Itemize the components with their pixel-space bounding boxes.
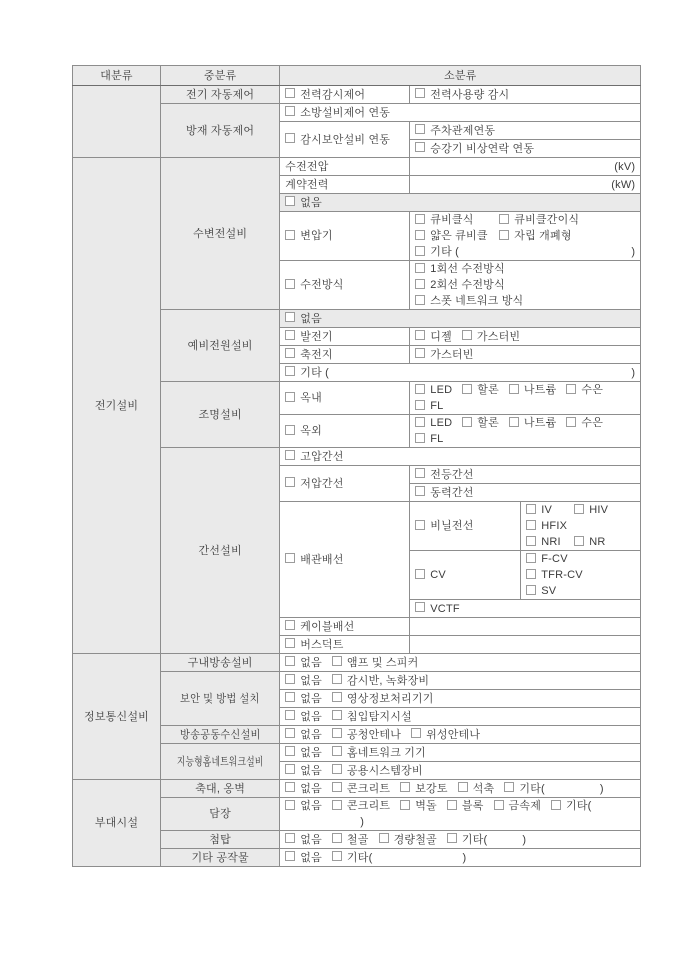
cell-retaining-options: 없음콘크리트보강토석축기타() — [280, 780, 641, 798]
option-label: TFR-CV — [541, 569, 583, 581]
label-substation: 수변전설비 — [161, 158, 280, 310]
option-label: 콘크리트 — [347, 800, 390, 812]
option-label: FL — [430, 400, 443, 412]
label-spire: 첨탑 — [161, 831, 280, 849]
option-label: 수은 — [581, 384, 603, 396]
checkbox-icon[interactable] — [332, 728, 342, 738]
checkbox-icon[interactable] — [566, 417, 576, 427]
cell-parking-control-link: 주차관제연동 — [410, 122, 641, 140]
paren-close: ) — [631, 365, 635, 381]
option-label: 없음 — [300, 747, 322, 759]
cell-security-row1: 없음감시반, 녹화장비 — [280, 672, 641, 690]
checkbox-option: 자립 개폐형 — [499, 228, 571, 244]
cv-type-list: F-CVTFR-CVSV — [526, 551, 635, 599]
checkbox-option: HFIX — [526, 518, 567, 534]
checkbox-option: VCTF — [415, 601, 460, 617]
option-label: 석축 — [473, 783, 495, 795]
checkbox-icon[interactable] — [285, 638, 295, 648]
checkbox-option: 스폿 네트워크 방식 — [415, 293, 635, 309]
cell-power-monitoring-control: 전력감시제어 — [280, 86, 410, 104]
checkbox-icon[interactable] — [332, 692, 342, 702]
label-contract-power: 계약전력 — [280, 176, 410, 194]
label-security-install: 보안 및 방법 설치 — [161, 672, 280, 726]
checkbox-icon[interactable] — [447, 833, 457, 843]
checkbox-option: 1회선 수전방식 — [415, 261, 635, 277]
checkbox-option: 전등간선 — [415, 467, 473, 483]
checkbox-icon[interactable] — [458, 782, 468, 792]
option-label: 없음 — [300, 675, 322, 687]
option-label: NRI — [541, 536, 561, 548]
label-lighting: 조명설비 — [161, 382, 280, 448]
checkbox-icon[interactable] — [526, 569, 536, 579]
label-disaster-automation: 방재 자동제어 — [161, 104, 280, 158]
option-label: 없음 — [300, 765, 322, 777]
checkbox-icon[interactable] — [285, 392, 295, 402]
checkbox-icon[interactable] — [332, 674, 342, 684]
option-label: CV — [430, 569, 446, 581]
option-label: 기타( — [566, 800, 592, 812]
checkbox-option: HIV — [574, 502, 608, 518]
checkbox-option: 저압간선 — [285, 476, 343, 492]
checkbox-option: 홈네트워크 기기 — [332, 745, 426, 761]
checkbox-icon[interactable] — [285, 764, 295, 774]
option-label: 전등간선 — [430, 469, 473, 481]
checkbox-icon[interactable] — [499, 214, 509, 224]
option-label: 없음 — [300, 657, 322, 669]
option-label: 디젤 — [430, 331, 452, 343]
checkbox-option: SV — [526, 583, 635, 599]
option-label: 경량철골 — [394, 834, 437, 846]
checkbox-icon[interactable] — [285, 450, 295, 460]
option-label: 옥내 — [300, 392, 322, 404]
cell-generator: 발전기 — [280, 328, 410, 346]
checkbox-icon[interactable] — [509, 417, 519, 427]
option-label: 콘크리트 — [347, 783, 390, 795]
checkbox-icon[interactable] — [332, 800, 342, 810]
checkbox-icon[interactable] — [415, 124, 425, 134]
checkbox-option: 기타( — [504, 781, 545, 797]
misc-option-list: 없음기타( — [285, 852, 372, 864]
checkbox-icon[interactable] — [332, 764, 342, 774]
cell-fence-options: 없음콘크리트벽돌블록금속제기타() — [280, 798, 641, 831]
checkbox-option: 버스덕트 — [285, 637, 343, 653]
option-label: 스폿 네트워크 방식 — [430, 295, 523, 307]
cell-indoor: 옥내 — [280, 382, 410, 415]
option-label: 없음 — [300, 711, 322, 723]
option-label: 자립 개폐형 — [514, 230, 571, 242]
receiving-voltage-value-field[interactable]: (kV) — [410, 158, 641, 176]
option-label: 기타( — [462, 834, 488, 846]
cell-indoor-lamp-types: LED할론나트륨수은FL — [410, 382, 641, 415]
checkbox-icon[interactable] — [566, 384, 576, 394]
option-label: 전력감시제어 — [300, 89, 365, 101]
checkbox-icon[interactable] — [415, 330, 425, 340]
checkbox-icon[interactable] — [504, 782, 514, 792]
cell-low-voltage-trunk: 저압간선 — [280, 466, 410, 502]
paren-close: ) — [522, 834, 526, 846]
option-label: SV — [541, 585, 556, 597]
label-retaining-wall: 축대, 옹벽 — [161, 780, 280, 798]
checkbox-option: TFR-CV — [526, 567, 635, 583]
checkbox-option: 수은 — [566, 382, 603, 398]
cell-power-trunk: 동력간선 — [410, 484, 641, 502]
label-backup-power: 예비전원설비 — [161, 310, 280, 382]
option-label: 기타( — [347, 852, 373, 864]
checkbox-icon[interactable] — [285, 692, 295, 702]
checkbox-option: 축전지 — [285, 347, 332, 363]
option-label: 주차관제연동 — [430, 125, 495, 137]
label-common-antenna: 방송공동수신설비 — [161, 726, 280, 744]
checkbox-icon[interactable] — [285, 553, 295, 563]
option-label: 기타 ( — [300, 367, 329, 379]
option-label: 얇은 큐비클 — [430, 230, 487, 242]
checkbox-option: FL — [415, 398, 443, 414]
option-label: 나트륨 — [524, 384, 556, 396]
checkbox-icon[interactable] — [332, 782, 342, 792]
option-label: 전력사용량 감시 — [430, 89, 509, 101]
checkbox-option: 2회선 수전방식 — [415, 277, 635, 293]
cell-backup-other: 기타 ( ) — [280, 364, 641, 382]
checkbox-icon[interactable] — [285, 196, 295, 206]
checkbox-icon[interactable] — [415, 486, 425, 496]
checkbox-icon[interactable] — [332, 656, 342, 666]
checkbox-icon[interactable] — [285, 728, 295, 738]
checkbox-option: 승강기 비상연락 연동 — [415, 141, 534, 157]
backup-other-option: 기타 ( — [285, 365, 329, 381]
header-minor-category: 소분류 — [280, 66, 641, 86]
checkbox-icon[interactable] — [499, 230, 509, 240]
checkbox-icon[interactable] — [285, 851, 295, 861]
checkbox-option: 가스터빈 — [415, 347, 473, 363]
checkbox-icon[interactable] — [415, 230, 425, 240]
checkbox-option: 보강토 — [400, 781, 447, 797]
option-label: 홈네트워크 기기 — [347, 747, 426, 759]
checkbox-option: 발전기 — [285, 329, 332, 345]
fill-in-blank[interactable] — [372, 860, 462, 861]
checkbox-option: 동력간선 — [415, 485, 473, 501]
checkbox-icon[interactable] — [526, 553, 536, 563]
checkbox-icon[interactable] — [400, 800, 410, 810]
cell-high-voltage-trunk: 고압간선 — [280, 448, 641, 466]
option-label: 축전지 — [300, 349, 332, 361]
checkbox-icon[interactable] — [285, 348, 295, 358]
checkbox-option: 없음 — [285, 655, 322, 671]
checkbox-option: 나트륨 — [509, 415, 556, 431]
checkbox-option: 철골 — [332, 832, 369, 848]
checkbox-option: 할론 — [462, 382, 499, 398]
checkbox-icon[interactable] — [494, 800, 504, 810]
option-label: 금속제 — [509, 800, 541, 812]
checkbox-option: 없음 — [285, 691, 322, 707]
checkbox-option: 공청안테나 — [332, 727, 401, 743]
checkbox-icon[interactable] — [462, 384, 472, 394]
label-telecom-facilities: 정보통신설비 — [73, 654, 161, 780]
cell-antenna-options: 없음공청안테나위성안테나 — [280, 726, 641, 744]
checkbox-icon[interactable] — [526, 520, 536, 530]
checkbox-option: IV — [526, 502, 570, 518]
option-label: 나트륨 — [524, 417, 556, 429]
cell-security-row2: 없음영상정보처리기기 — [280, 690, 641, 708]
cell-receiving-method: 수전방식 — [280, 261, 410, 310]
checkbox-icon[interactable] — [415, 520, 425, 530]
paren-close: ) — [462, 852, 466, 864]
checkbox-icon[interactable] — [285, 782, 295, 792]
checkbox-option: LED — [415, 382, 452, 398]
checkbox-icon[interactable] — [574, 536, 584, 546]
checkbox-icon[interactable] — [285, 230, 295, 240]
cell-fire-control-link: 소방설비제어 연동 — [280, 104, 641, 122]
checkbox-icon[interactable] — [462, 330, 472, 340]
label-electric-automation: 전기 자동제어 — [161, 86, 280, 104]
checkbox-icon[interactable] — [332, 851, 342, 861]
fill-in-blank[interactable] — [545, 791, 600, 792]
checkbox-option: 앰프 및 스피커 — [332, 655, 418, 671]
checkbox-option: 기타( — [447, 832, 488, 848]
checkbox-option: 큐비클간이식 — [499, 212, 579, 228]
checkbox-option: 없음 — [285, 832, 322, 848]
option-label: 철골 — [347, 834, 369, 846]
option-label: 할론 — [477, 384, 499, 396]
cell-lighting-trunk: 전등간선 — [410, 466, 641, 484]
checkbox-icon[interactable] — [285, 620, 295, 630]
checkbox-icon[interactable] — [447, 800, 457, 810]
checkbox-option: 없음 — [285, 727, 322, 743]
checkbox-option: 벽돌 — [400, 798, 437, 814]
checkbox-icon[interactable] — [285, 279, 295, 289]
option-label: 기타 ( — [430, 246, 459, 258]
option-label: 앰프 및 스피커 — [347, 657, 418, 669]
option-label: 공용시스템장비 — [347, 765, 423, 777]
checkbox-icon[interactable] — [415, 602, 425, 612]
checkbox-option: 금속제 — [494, 798, 541, 814]
document-page: 대분류 중분류 소분류 전기 자동제어 전력감시제어 전력사용량 감시 방재 자… — [0, 0, 680, 962]
checkbox-icon[interactable] — [415, 263, 425, 273]
checkbox-icon[interactable] — [526, 536, 536, 546]
option-label: 없음 — [300, 197, 322, 209]
checkbox-icon[interactable] — [415, 569, 425, 579]
checkbox-option: 배관배선 — [285, 552, 343, 568]
fence-option-list: 없음콘크리트벽돌블록금속제기타( — [285, 800, 591, 812]
cell-elevator-emergency-link: 승강기 비상연락 연동 — [410, 140, 641, 158]
transformer-other-option: 기타 ( — [415, 244, 459, 260]
checkbox-option: 없음 — [285, 195, 322, 211]
checkbox-option: 위성안테나 — [411, 727, 480, 743]
option-label: 영상정보처리기기 — [347, 693, 434, 705]
checkbox-icon[interactable] — [509, 384, 519, 394]
spire-option-list: 없음철골경량철골기타( — [285, 834, 487, 846]
checkbox-icon[interactable] — [574, 504, 584, 514]
cell-vctf: VCTF — [410, 600, 641, 618]
checkbox-icon[interactable] — [415, 417, 425, 427]
checkbox-option: 변압기 — [285, 228, 332, 244]
checkbox-icon[interactable] — [400, 782, 410, 792]
option-label: F-CV — [541, 553, 567, 565]
checkbox-icon[interactable] — [415, 384, 425, 394]
checkbox-icon[interactable] — [415, 348, 425, 358]
checkbox-icon[interactable] — [285, 330, 295, 340]
vinyl-type-line3: NRINR — [526, 534, 635, 550]
checkbox-option: 큐비클식 — [415, 212, 495, 228]
checkbox-option: 기타( — [332, 850, 373, 866]
option-label: 벽돌 — [415, 800, 437, 812]
checkbox-icon[interactable] — [332, 710, 342, 720]
checkbox-option: 수은 — [566, 415, 603, 431]
option-label: 발전기 — [300, 331, 332, 343]
checkbox-icon[interactable] — [285, 366, 295, 376]
checkbox-icon[interactable] — [285, 746, 295, 756]
checkbox-icon[interactable] — [285, 674, 295, 684]
option-label: 없음 — [300, 852, 322, 864]
cell-cable-wiring-blank — [410, 618, 641, 636]
checkbox-icon[interactable] — [415, 400, 425, 410]
option-label: 기타( — [519, 783, 545, 795]
checkbox-icon[interactable] — [415, 214, 425, 224]
cell-vinyl-wire: 비닐전선 — [410, 502, 521, 551]
vinyl-type-line2: HFIX — [526, 518, 635, 534]
cell-vinyl-wire-types: IVHIV HFIX NRINR — [521, 502, 641, 551]
option-label: LED — [430, 384, 452, 396]
label-electric-facilities: 전기설비 — [73, 158, 161, 654]
vinyl-type-line1: IVHIV — [526, 502, 635, 518]
option-label: 저압간선 — [300, 478, 343, 490]
cell-transformer: 변압기 — [280, 212, 410, 261]
checkbox-icon[interactable] — [415, 295, 425, 305]
option-label: 버스덕트 — [300, 639, 343, 651]
option-label: 케이블배선 — [300, 621, 354, 633]
checkbox-option: 할론 — [462, 415, 499, 431]
checkbox-option: FL — [415, 431, 443, 447]
checkbox-option: 경량철골 — [379, 832, 437, 848]
cell-homenet-row1: 없음홈네트워크 기기 — [280, 744, 641, 762]
checkbox-option: 영상정보처리기기 — [332, 691, 434, 707]
checkbox-icon[interactable] — [415, 142, 425, 152]
checkbox-icon[interactable] — [285, 425, 295, 435]
checkbox-icon[interactable] — [551, 800, 561, 810]
cell-bus-duct: 버스덕트 — [280, 636, 410, 654]
fill-in-blank[interactable] — [285, 824, 360, 825]
cell-backup-none: 없음 — [280, 310, 641, 328]
option-label: 감시보안설비 연동 — [300, 134, 390, 146]
cell-battery-types: 가스터빈 — [410, 346, 641, 364]
checkbox-icon[interactable] — [285, 88, 295, 98]
option-label: 옥외 — [300, 425, 322, 437]
receiving-method-list: 1회선 수전방식2회선 수전방식스폿 네트워크 방식 — [415, 261, 635, 309]
paren-close: ) — [360, 816, 364, 828]
checkbox-option: 소방설비제어 연동 — [285, 105, 390, 121]
checkbox-icon[interactable] — [415, 279, 425, 289]
checkbox-option: 감시반, 녹화장비 — [332, 673, 429, 689]
paren-close: ) — [631, 244, 635, 260]
cell-storage-battery: 축전지 — [280, 346, 410, 364]
checkbox-option: 없음 — [285, 798, 322, 814]
checkbox-icon[interactable] — [285, 133, 295, 143]
checkbox-icon[interactable] — [462, 417, 472, 427]
paren-close: ) — [600, 783, 604, 795]
checkbox-icon[interactable] — [411, 728, 421, 738]
checkbox-icon[interactable] — [526, 585, 536, 595]
checkbox-icon[interactable] — [526, 504, 536, 514]
label-broadcast: 구내방송설비 — [161, 654, 280, 672]
cell-cv-cable: CV — [410, 551, 521, 600]
cell-receiving-method-options: 1회선 수전방식2회선 수전방식스폿 네트워크 방식 — [410, 261, 641, 310]
checkbox-icon[interactable] — [415, 468, 425, 478]
checkbox-option: 전력감시제어 — [285, 87, 365, 103]
option-label: 동력간선 — [430, 487, 473, 499]
header-middle-category: 중분류 — [161, 66, 280, 86]
transformer-type-line1: 큐비클식큐비클간이식 — [415, 212, 635, 228]
option-label: NR — [589, 536, 605, 548]
checkbox-option: 고압간선 — [285, 449, 343, 465]
checkbox-icon[interactable] — [332, 746, 342, 756]
option-label: 가스터빈 — [430, 349, 473, 361]
checkbox-icon[interactable] — [285, 800, 295, 810]
checkbox-icon[interactable] — [415, 88, 425, 98]
cell-bus-duct-blank — [410, 636, 641, 654]
checkbox-option: NRI — [526, 534, 570, 550]
option-label: 없음 — [300, 783, 322, 795]
option-label: 배관배선 — [300, 554, 343, 566]
checkbox-icon[interactable] — [285, 710, 295, 720]
checkbox-option: LED — [415, 415, 452, 431]
option-label: 수전방식 — [300, 279, 343, 291]
checkbox-icon[interactable] — [379, 833, 389, 843]
checkbox-icon[interactable] — [285, 106, 295, 116]
option-label: 블록 — [462, 800, 484, 812]
option-label: 없음 — [300, 693, 322, 705]
cell-broadcast-options: 없음앰프 및 스피커 — [280, 654, 641, 672]
option-label: 소방설비제어 연동 — [300, 107, 390, 119]
option-label: 승강기 비상연락 연동 — [430, 143, 534, 155]
fill-in-blank[interactable] — [487, 842, 522, 843]
checkbox-option: 비닐전선 — [415, 518, 473, 534]
cell-outdoor-lamp-types: LED할론나트륨수은FL — [410, 415, 641, 448]
cell-power-usage-monitoring: 전력사용량 감시 — [410, 86, 641, 104]
cell-generator-types: 디젤가스터빈 — [410, 328, 641, 346]
checkbox-option: NR — [574, 534, 605, 550]
label-misc-structures: 기타 공작물 — [161, 849, 280, 867]
option-label: 변압기 — [300, 230, 332, 242]
checkbox-icon[interactable] — [415, 433, 425, 443]
checkbox-option: 옥내 — [285, 390, 322, 406]
label-fence: 담장 — [161, 798, 280, 831]
facility-classification-table: 대분류 중분류 소분류 전기 자동제어 전력감시제어 전력사용량 감시 방재 자… — [72, 65, 641, 867]
cell-misc-options: 없음기타() — [280, 849, 641, 867]
cell-transformer-types: 큐비클식큐비클간이식 얇은 큐비클자립 개폐형 기타 ( ) — [410, 212, 641, 261]
option-label: HIV — [589, 504, 608, 516]
checkbox-icon[interactable] — [285, 656, 295, 666]
cell-substation-none: 없음 — [280, 194, 641, 212]
checkbox-icon[interactable] — [332, 833, 342, 843]
label-trunk-line: 간선설비 — [161, 448, 280, 654]
checkbox-option: 전력사용량 감시 — [415, 87, 509, 103]
checkbox-option: 없음 — [285, 850, 322, 866]
checkbox-option: 없음 — [285, 745, 322, 761]
option-label: 위성안테나 — [426, 729, 480, 741]
checkbox-option: 디젤 — [415, 329, 452, 345]
checkbox-option: 블록 — [447, 798, 484, 814]
checkbox-icon[interactable] — [285, 477, 295, 487]
option-label: HFIX — [541, 520, 567, 532]
checkbox-icon[interactable] — [285, 833, 295, 843]
checkbox-icon[interactable] — [285, 312, 295, 322]
checkbox-option: 기타 ( — [285, 365, 329, 381]
checkbox-option: 침입탐지시설 — [332, 709, 412, 725]
option-label: 감시반, 녹화장비 — [347, 675, 429, 687]
cell-spire-options: 없음철골경량철골기타() — [280, 831, 641, 849]
cell-outdoor: 옥외 — [280, 415, 410, 448]
checkbox-icon[interactable] — [415, 246, 425, 256]
contract-power-value-field[interactable]: (kW) — [410, 176, 641, 194]
